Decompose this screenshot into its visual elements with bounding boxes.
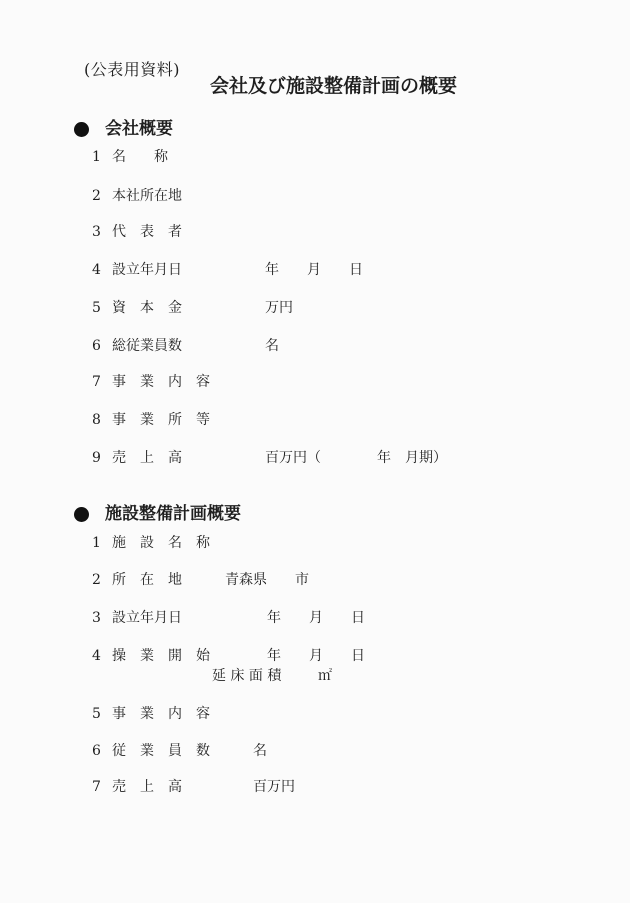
row-number: 4 (92, 260, 101, 280)
form-subrow: 延 床 面 積㎡ (0, 666, 630, 686)
row-value: 年 月 日 (225, 608, 365, 628)
row-label: 売 上 高 (112, 777, 182, 797)
row-number: 5 (92, 704, 101, 724)
row-label: 総従業員数 (112, 336, 182, 356)
row-value: 名 (265, 336, 279, 356)
form-row: 7売 上 高 百万円 (0, 777, 630, 797)
form-row: 5資 本 金万円 (0, 298, 630, 318)
form-row: 5事 業 内 容 (0, 704, 630, 724)
form-row: 7事 業 内 容 (0, 372, 630, 392)
row-number: 3 (92, 222, 101, 242)
row-value: 万円 (265, 298, 293, 318)
bullet-icon (74, 122, 89, 137)
row-value: ㎡ (318, 666, 332, 686)
row-label: 資 本 金 (112, 298, 182, 318)
row-number: 4 (92, 646, 101, 666)
form-row: 2所 在 地青森県 市 (0, 570, 630, 590)
row-label: 代 表 者 (112, 222, 182, 242)
row-number: 1 (92, 533, 101, 553)
form-row: 4設立年月日年 月 日 (0, 260, 630, 280)
row-label: 名 称 (112, 147, 168, 167)
row-value: 百万円 (225, 777, 295, 797)
form-row: 3代 表 者 (0, 222, 630, 242)
row-value: 青森県 市 (225, 570, 309, 590)
row-label: 売 上 高 (112, 448, 182, 468)
form-row: 2本社所在地 (0, 186, 630, 206)
row-number: 8 (92, 410, 101, 430)
section-heading: 施設整備計画概要 (105, 503, 241, 525)
row-value: 年 月 日 (265, 260, 363, 280)
page-title: 会社及び施設整備計画の概要 (0, 73, 630, 99)
row-label: 操 業 開 始 (112, 646, 210, 666)
section-company-header: 会社概要 (74, 118, 173, 140)
form-row: 9売 上 高百万円（ 年 月期） (0, 448, 630, 468)
row-label: 設立年月日 (112, 260, 182, 280)
row-value: 名 (225, 741, 267, 761)
section-facility-header: 施設整備計画概要 (74, 503, 241, 525)
row-number: 3 (92, 608, 101, 628)
row-number: 2 (92, 570, 101, 590)
row-label: 事 業 所 等 (112, 410, 210, 430)
form-row: 8事 業 所 等 (0, 410, 630, 430)
row-number: 1 (92, 147, 101, 167)
form-row: 3設立年月日 年 月 日 (0, 608, 630, 628)
row-number: 7 (92, 777, 101, 797)
row-number: 9 (92, 448, 101, 468)
section-heading: 会社概要 (105, 118, 173, 140)
row-value: 百万円（ 年 月期） (265, 448, 447, 468)
row-number: 2 (92, 186, 101, 206)
form-row: 1名 称 (0, 147, 630, 167)
row-number: 5 (92, 298, 101, 318)
form-row: 6総従業員数名 (0, 336, 630, 356)
row-number: 7 (92, 372, 101, 392)
row-label: 施 設 名 称 (112, 533, 210, 553)
form-row: 6従 業 員 数 名 (0, 741, 630, 761)
row-label: 事 業 内 容 (112, 704, 210, 724)
row-number: 6 (92, 741, 101, 761)
row-label: 事 業 内 容 (112, 372, 210, 392)
form-row: 4操 業 開 始 年 月 日 (0, 646, 630, 666)
document-page: (公表用資料) 会社及び施設整備計画の概要 会社概要 1名 称2本社所在地3代 … (0, 0, 630, 903)
bullet-icon (74, 507, 89, 522)
row-value: 年 月 日 (225, 646, 365, 666)
form-row: 1施 設 名 称 (0, 533, 630, 553)
row-label: 設立年月日 (112, 608, 182, 628)
row-label: 所 在 地 (112, 570, 182, 590)
row-label: 従 業 員 数 (112, 741, 210, 761)
row-label: 延 床 面 積 (212, 666, 281, 686)
row-label: 本社所在地 (112, 186, 182, 206)
row-number: 6 (92, 336, 101, 356)
